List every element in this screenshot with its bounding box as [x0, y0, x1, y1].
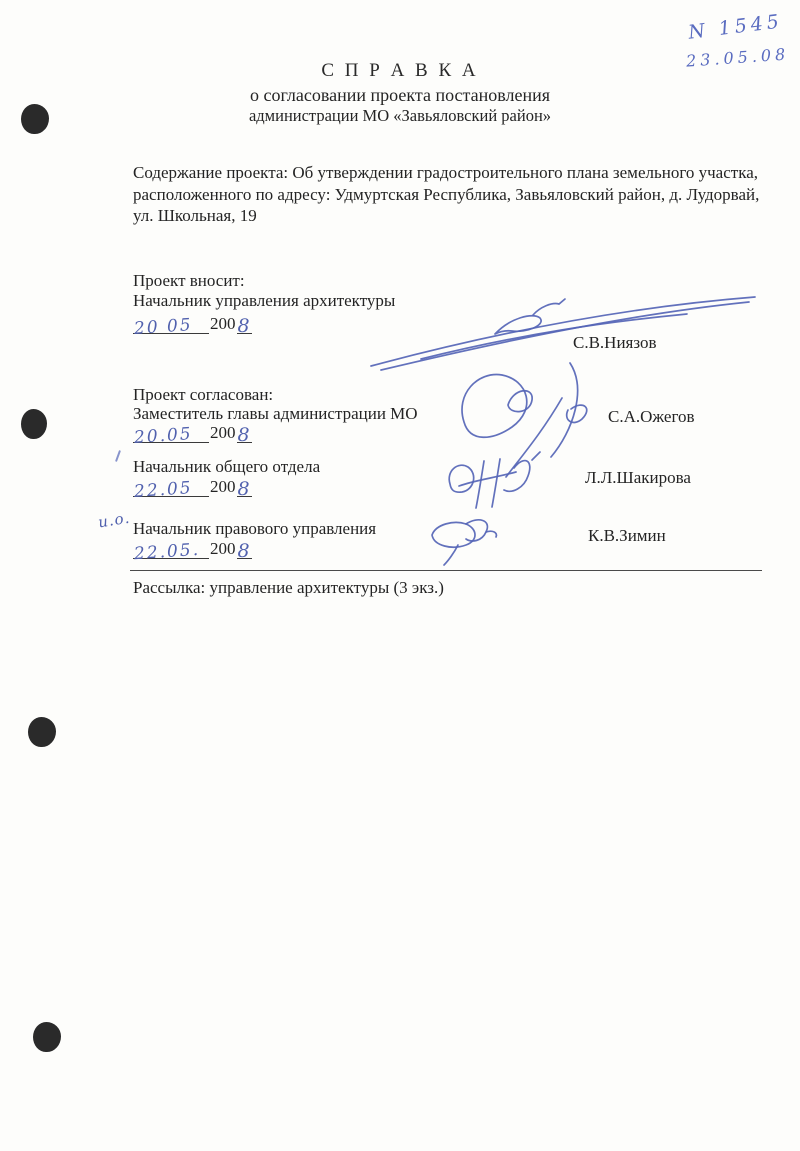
date-line: 20 052008	[133, 312, 252, 334]
date-underline: 20.05	[133, 421, 209, 443]
footer-separator-line	[130, 570, 762, 571]
date-underline: 22.05	[133, 475, 209, 497]
distribution-note: Рассылка: управление архитектуры (3 экз.…	[133, 577, 444, 599]
handwritten-year-digit: 8	[238, 478, 250, 500]
signer-role: Начальник управления архитектуры	[133, 291, 395, 311]
approved-label: Проект согласован:	[133, 385, 273, 405]
printed-year-prefix: 200	[209, 477, 237, 497]
date-line: 22.05.2008	[133, 537, 252, 559]
handwritten-acting-note: и.о.	[97, 509, 132, 532]
year-underline: 8	[237, 537, 252, 559]
date-underline: 22.05.	[133, 537, 209, 559]
year-underline: 8	[237, 312, 252, 334]
document-title: С П Р А В К А	[0, 60, 800, 82]
date-underline: 20 05	[133, 312, 209, 334]
handwritten-date: 20 05	[133, 315, 193, 339]
document-subtitle-line1: о согласовании проекта постановления	[0, 85, 800, 106]
signer-role: Начальник правового управления	[133, 519, 376, 539]
handwritten-year-digit: 8	[238, 540, 250, 562]
year-underline: 8	[237, 475, 252, 497]
submits-label: Проект вносит:	[133, 271, 245, 291]
handwritten-registration-number: N 1545	[687, 10, 784, 43]
date-line: 22.052008	[133, 475, 252, 497]
date-line: 20.052008	[133, 421, 252, 443]
pen-tick-mark	[115, 450, 121, 462]
printed-year-prefix: 200	[209, 423, 237, 443]
signer-name: Л.Л.Шакирова	[585, 468, 691, 488]
hole-punch-mark	[33, 1022, 61, 1052]
signer-name: К.В.Зимин	[588, 526, 666, 546]
handwritten-year-digit: 8	[238, 424, 250, 446]
hole-punch-mark	[21, 409, 47, 439]
document-subtitle-line2: администрации МО «Завьяловский район»	[0, 106, 800, 126]
printed-year-prefix: 200	[209, 314, 237, 334]
project-content-paragraph: Содержание проекта: Об утверждении градо…	[133, 162, 781, 227]
signer-name: С.А.Ожегов	[608, 407, 695, 427]
hole-punch-mark	[28, 717, 56, 747]
printed-year-prefix: 200	[209, 539, 237, 559]
handwritten-date: 22.05.	[133, 540, 200, 565]
year-underline: 8	[237, 421, 252, 443]
handwritten-date: 20.05	[133, 424, 193, 448]
handwritten-date: 22.05	[133, 478, 193, 502]
signature-zimin	[420, 513, 505, 568]
signature-shakirova	[436, 450, 551, 515]
handwritten-year-digit: 8	[238, 315, 250, 337]
signer-role: Начальник общего отдела	[133, 457, 320, 477]
scanned-document-page: N 1545 23.05.08 С П Р А В К А о согласов…	[0, 0, 800, 1151]
